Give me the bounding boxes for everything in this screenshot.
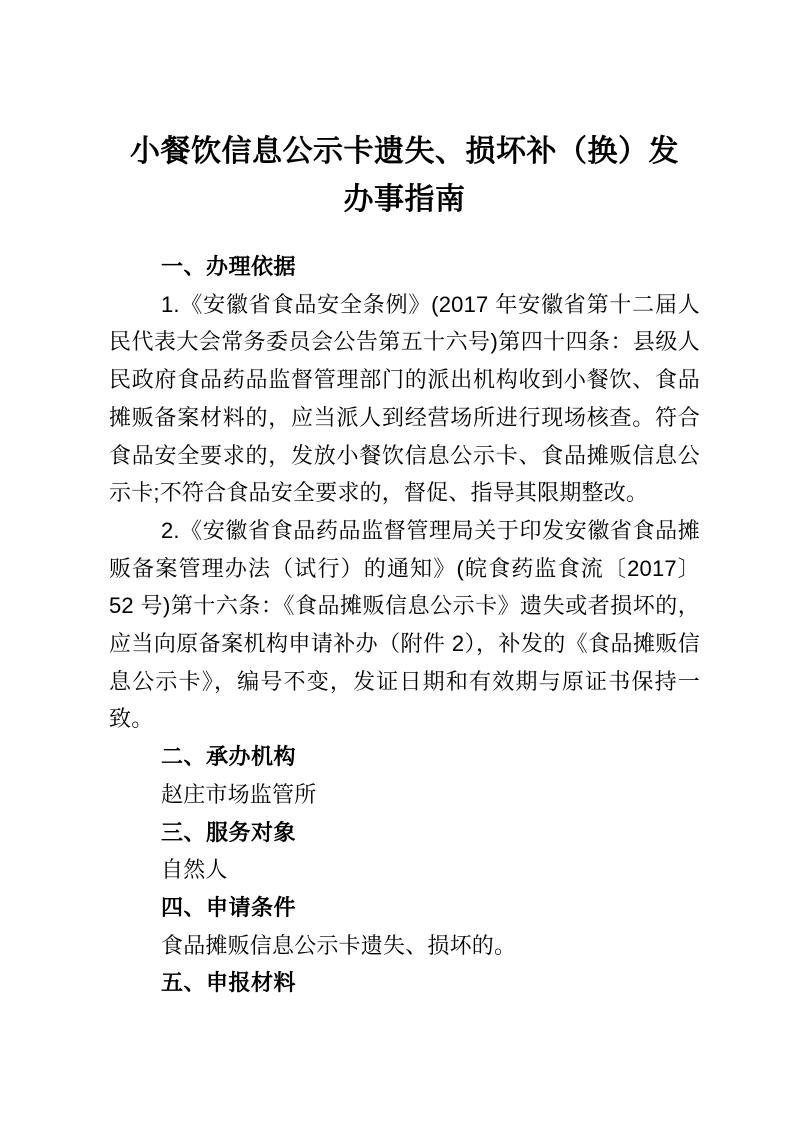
- document-title: 小餐饮信息公示卡遗失、损坏补（换）发办事指南: [125, 128, 685, 224]
- section-heading: 三、服务对象: [109, 814, 700, 852]
- document-body: 一、办理依据1.《安徽省食品安全条例》(2017 年安徽省第十二届人民代表大会常…: [109, 248, 700, 1002]
- section-heading: 五、申报材料: [109, 964, 700, 1002]
- body-paragraph: 自然人: [109, 851, 700, 889]
- body-paragraph: 赵庄市场监管所: [109, 776, 700, 814]
- section-heading: 一、办理依据: [109, 248, 700, 286]
- body-paragraph: 2.《安徽省食品药品监督管理局关于印发安徽省食品摊贩备案管理办法（试行）的通知》…: [109, 512, 700, 738]
- section-heading: 四、申请条件: [109, 889, 700, 927]
- document-page: 小餐饮信息公示卡遗失、损坏补（换）发办事指南 一、办理依据1.《安徽省食品安全条…: [0, 0, 793, 1122]
- body-paragraph: 1.《安徽省食品安全条例》(2017 年安徽省第十二届人民代表大会常务委员会公告…: [109, 286, 700, 512]
- section-heading: 二、承办机构: [109, 738, 700, 776]
- body-paragraph: 食品摊贩信息公示卡遗失、损坏的。: [109, 927, 700, 965]
